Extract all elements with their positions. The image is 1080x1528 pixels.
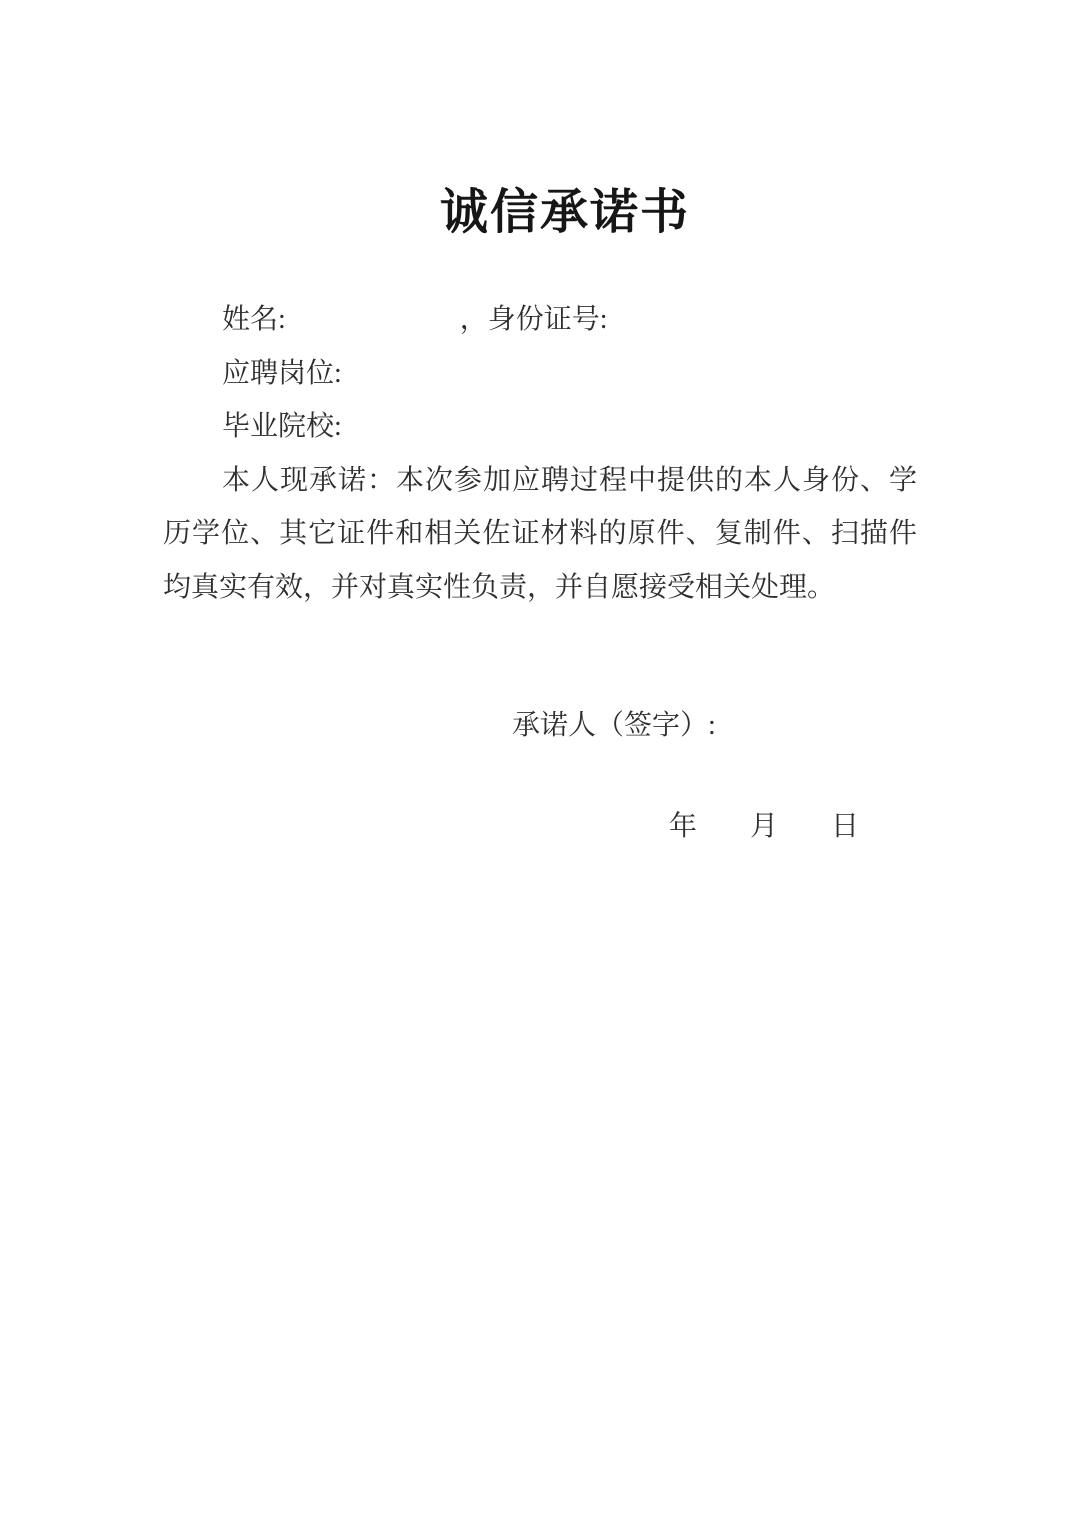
signature-label: 承诺人（签字）: xyxy=(512,699,716,752)
name-id-line: 姓名: ，身份证号: xyxy=(163,293,917,347)
paragraph-line-3: 均真实有效，并对真实性负责，并自愿接受相关处理。 xyxy=(163,561,917,615)
date-year-label: 年 xyxy=(669,811,697,842)
document-page: 诚信承诺书 姓名: ，身份证号: 应聘岗位: 毕业院校: 本人现承诺：本次参加应… xyxy=(0,0,1080,1528)
date-line: 年 月 日 xyxy=(163,800,917,853)
graduation-school-line: 毕业院校: xyxy=(163,400,917,454)
date-day-label: 日 xyxy=(831,811,859,842)
commitment-paragraph: 本人现承诺：本次参加应聘过程中提供的本人身份、学 历学位、其它证件和相关佐证材料… xyxy=(163,454,917,615)
document-title: 诚信承诺书 xyxy=(188,183,942,243)
document-content: 诚信承诺书 姓名: ，身份证号: 应聘岗位: 毕业院校: 本人现承诺：本次参加应… xyxy=(163,0,917,1528)
document-body: 姓名: ，身份证号: 应聘岗位: 毕业院校: 本人现承诺：本次参加应聘过程中提供… xyxy=(163,293,917,614)
name-label: 姓名: xyxy=(222,304,286,335)
paragraph-line-1: 本人现承诺：本次参加应聘过程中提供的本人身份、学 xyxy=(163,454,917,508)
job-position-line: 应聘岗位: xyxy=(163,347,917,401)
name-blank-space xyxy=(293,327,453,328)
paragraph-line-2: 历学位、其它证件和相关佐证材料的原件、复制件、扫描件 xyxy=(163,507,917,561)
date-month-label: 月 xyxy=(750,811,778,842)
id-number-label: ，身份证号: xyxy=(460,304,608,335)
